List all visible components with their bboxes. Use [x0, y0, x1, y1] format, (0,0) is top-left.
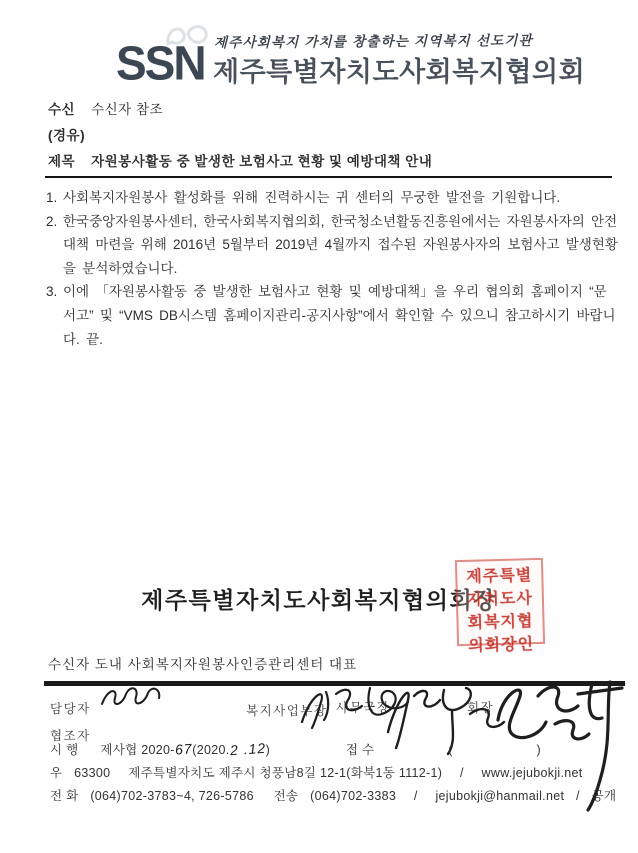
- body-item-2: 2. 한국중앙자원봉사센터, 한국사회복지협의회, 한국청소년활동진흥원에서는 …: [46, 210, 618, 281]
- doc-date-handwritten: 2 .12: [229, 740, 266, 758]
- recipient-row: 수신수신자 참조: [48, 98, 163, 118]
- secretary-general-label: 사무국장: [336, 698, 390, 716]
- separator: /: [576, 789, 580, 803]
- drafter-label: 담당자: [50, 699, 91, 717]
- tel-label: 전 화: [50, 789, 79, 803]
- recipient-value: 수신자 참조: [91, 102, 163, 117]
- separator: /: [460, 766, 464, 780]
- via-row: (경유): [48, 124, 85, 144]
- organization-name: 제주특별자치도사회복지협의회: [213, 50, 585, 89]
- doc-number-prefix: 제사협 2020-: [100, 743, 174, 757]
- official-seal-stamp: 제주특별 자치도사 회복지협 의회장인: [455, 558, 545, 646]
- item-text: 이에 「자원봉사활동 중 발생한 보험사고 현황 및 예방대책」을 우리 협의회…: [63, 280, 618, 351]
- item-number: 3.: [46, 280, 63, 351]
- subject-divider: [45, 176, 612, 178]
- fax-number: (064)702-3383: [310, 789, 396, 803]
- welfare-dept-head-label: 복지사업부장: [246, 701, 327, 719]
- item-text: 한국중앙자원봉사센터, 한국사회복지협의회, 한국청소년활동진흥원에서는 자원봉…: [63, 210, 618, 281]
- recipient-label: 수신: [48, 102, 75, 117]
- approval-divider-bar: [44, 681, 625, 686]
- body-text: 1. 사회복지자원봉사 활성화를 위해 진력하시는 귀 센터의 무궁한 발전을 …: [46, 186, 618, 351]
- send-row: 시 행 제사협 2020-67(2020.2 .12) 접 수 ( ): [50, 740, 541, 758]
- tel-number: (064)702-3783~4, 726-5786: [90, 789, 254, 803]
- doc-number-handwritten: 67: [174, 740, 193, 757]
- receipt-paren-close: ): [536, 743, 540, 757]
- fax-label: 전송: [274, 789, 299, 803]
- body-item-1: 1. 사회복지자원봉사 활성화를 위해 진력하시는 귀 센터의 무궁한 발전을 …: [46, 186, 618, 210]
- doc-date-open: (2020.: [192, 743, 229, 757]
- disclosure-label: 공개: [592, 789, 617, 803]
- email-text: jejubokji@hanmail.net: [435, 789, 564, 803]
- ssn-logo: SSN: [116, 35, 205, 91]
- item-number: 2.: [46, 210, 63, 281]
- separator: /: [414, 789, 418, 803]
- subject-label: 제목: [48, 154, 75, 169]
- seal-row: 의회장인: [461, 631, 542, 656]
- distribution-line: 수신자 도내 사회복지자원봉사인증관리센터 대표: [48, 653, 357, 673]
- subject-value: 자원봉사활동 중 발생한 보험사고 현황 및 예방대책 안내: [91, 154, 432, 169]
- postal-code: 63300: [74, 766, 110, 780]
- subject-row: 제목자원봉사활동 중 발생한 보험사고 현황 및 예방대책 안내: [48, 150, 432, 170]
- website-text: www.jejubokji.net: [482, 766, 583, 780]
- phone-row: 전 화 (064)702-3783~4, 726-5786 전송 (064)70…: [50, 786, 616, 804]
- body-item-3: 3. 이에 「자원봉사활동 중 발생한 보험사고 현황 및 예방대책」을 우리 …: [46, 280, 618, 351]
- letterhead-slogan: 제주사회복지 가치를 창출하는 지역복지 선도기관: [214, 29, 533, 51]
- address-row: 우 63300 제주특별자치도 제주시 청풍남8길 12-1(화북1동 1112…: [50, 763, 583, 781]
- seal-row: 회복지협: [460, 608, 541, 633]
- seal-row: 제주특별: [459, 562, 540, 587]
- address-text: 제주특별자치도 제주시 청풍남8길 12-1(화북1동 1112-1): [128, 766, 442, 780]
- scanned-official-letter: 제주사회복지 가치를 창출하는 지역복지 선도기관 SSN 제주특별자치도사회복…: [0, 0, 638, 853]
- receipt-label: 접 수: [346, 743, 375, 757]
- item-number: 1.: [46, 186, 63, 210]
- send-label: 시 행: [50, 743, 79, 757]
- president-label: 회장: [467, 698, 494, 716]
- item-text: 사회복지자원봉사 활성화를 위해 진력하시는 귀 센터의 무궁한 발전을 기원합…: [63, 186, 618, 210]
- receipt-paren-open: (: [448, 743, 452, 757]
- drafter-signature: [102, 688, 159, 704]
- seal-row: 자치도사: [460, 585, 541, 610]
- postal-label: 우: [50, 766, 62, 780]
